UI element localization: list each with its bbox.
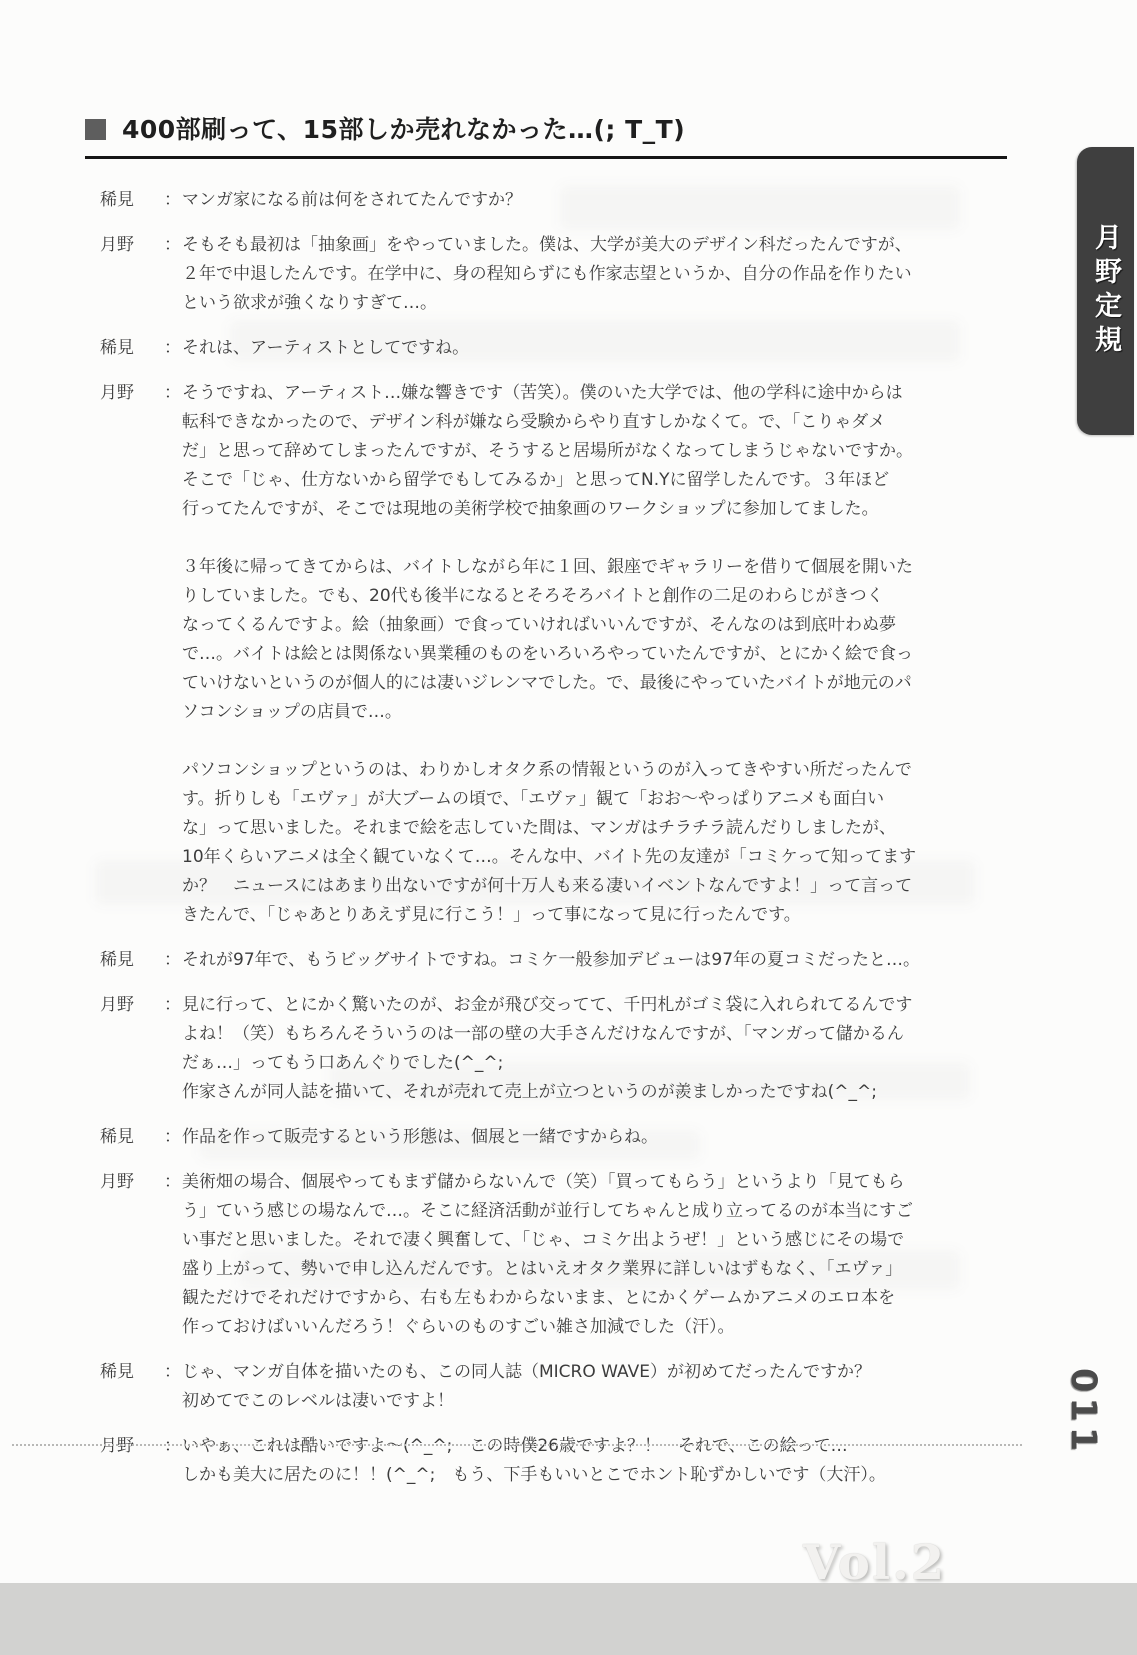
speaker-colon: ： (164, 946, 182, 975)
speaker-colon: ： (164, 231, 182, 318)
speaker-label: 月野 (100, 991, 164, 1107)
speech-text: じゃ、マンガ自体を描いたのも、この同人誌（MICRO WAVE）が初めてだったん… (182, 1358, 972, 1416)
speaker-colon: ： (164, 1358, 182, 1416)
speech-row: 月野：美術畑の場合、個展やってもまず儲からないんで（笑）「買ってもらう」というよ… (100, 1168, 972, 1342)
dialogue-list: 稀見：マンガ家になる前は何をされてたんですか？月野：そもそも最初は「抽象画」をや… (100, 186, 972, 1506)
speaker-colon: ： (164, 334, 182, 363)
speaker-label: 稀見 (100, 186, 164, 215)
footer-band (0, 1583, 1137, 1655)
speaker-label: 稀見 (100, 334, 164, 363)
scanned-interview-page: 400部刷って、15部しか売れなかった…(; T_T) 稀見：マンガ家になる前は… (0, 0, 1137, 1655)
speech-text: 見に行って、とにかく驚いたのが、お金が飛び交ってて、千円札がゴミ袋に入れられてる… (182, 991, 972, 1107)
artist-name-label: 月野定規 (1086, 223, 1125, 359)
speech-row: 月野：そもそも最初は「抽象画」をやっていました。僕は、大学が美大のデザイン科だっ… (100, 231, 972, 318)
speech-row: 稀見：それが97年で、もうビッグサイトですね。コミケ一般参加デビューは97年の夏… (100, 946, 972, 975)
speech-row: 月野：見に行って、とにかく驚いたのが、お金が飛び交ってて、千円札がゴミ袋に入れら… (100, 991, 972, 1107)
speech-text: そうですね、アーティスト…嫌な響きです（苦笑）。僕のいた大学では、他の学科に途中… (182, 379, 972, 930)
section-title: 400部刷って、15部しか売れなかった…(; T_T) (122, 110, 685, 146)
speech-row: 稀見：作品を作って販売するという形態は、個展と一緒ですからね。 (100, 1123, 972, 1152)
speech-text: 美術畑の場合、個展やってもまず儲からないんで（笑）「買ってもらう」というより「見… (182, 1168, 972, 1342)
volume-label: Vol.2 (803, 1535, 946, 1591)
speech-row: 月野：そうですね、アーティスト…嫌な響きです（苦笑）。僕のいた大学では、他の学科… (100, 379, 972, 930)
dotted-divider (12, 1444, 1022, 1446)
speech-text: マンガ家になる前は何をされてたんですか？ (182, 186, 972, 215)
speaker-label: 月野 (100, 231, 164, 318)
speech-row: 稀見：じゃ、マンガ自体を描いたのも、この同人誌（MICRO WAVE）が初めてだ… (100, 1358, 972, 1416)
speech-text: それは、アーティストとしてですね。 (182, 334, 972, 363)
speaker-label: 月野 (100, 1432, 164, 1490)
speaker-colon: ： (164, 186, 182, 215)
speaker-label: 稀見 (100, 1358, 164, 1416)
speech-text: 作品を作って販売するという形態は、個展と一緒ですからね。 (182, 1123, 972, 1152)
speaker-label: 月野 (100, 1168, 164, 1342)
speaker-colon: ： (164, 1123, 182, 1152)
speaker-colon: ： (164, 1168, 182, 1342)
artist-index-tab: 月野定規 (1077, 147, 1134, 435)
speaker-label: 稀見 (100, 1123, 164, 1152)
speech-text: そもそも最初は「抽象画」をやっていました。僕は、大学が美大のデザイン科だったんで… (182, 231, 972, 318)
speaker-colon: ： (164, 991, 182, 1107)
speaker-colon: ： (164, 379, 182, 930)
speaker-colon: ： (164, 1432, 182, 1490)
speech-row: 月野：いやぁ、これは酷いですよ〜(^_^; この時僕26歳ですよ？！ それで、こ… (100, 1432, 972, 1490)
section-header: 400部刷って、15部しか売れなかった…(; T_T) (85, 110, 1007, 159)
speaker-label: 月野 (100, 379, 164, 930)
speech-row: 稀見：それは、アーティストとしてですね。 (100, 334, 972, 363)
speaker-label: 稀見 (100, 946, 164, 975)
speech-text: それが97年で、もうビッグサイトですね。コミケ一般参加デビューは97年の夏コミだ… (182, 946, 972, 975)
page-number: 011 (1060, 1368, 1106, 1478)
speech-row: 稀見：マンガ家になる前は何をされてたんですか？ (100, 186, 972, 215)
section-bullet-icon (85, 119, 106, 140)
speech-text: いやぁ、これは酷いですよ〜(^_^; この時僕26歳ですよ？！ それで、この絵っ… (182, 1432, 972, 1490)
